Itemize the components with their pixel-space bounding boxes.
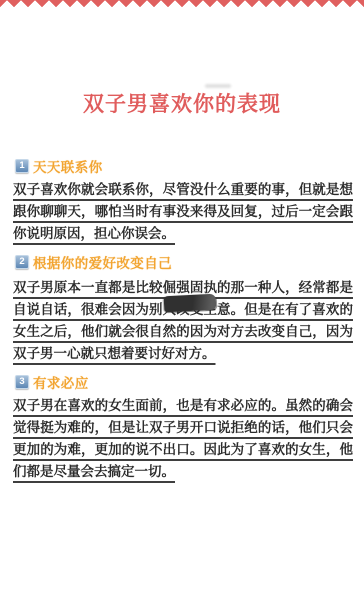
section-1-heading-label: 天天联系你 — [33, 156, 103, 176]
section-1-heading: 1 天天联系你 — [15, 158, 103, 173]
section-3-number-badge: 3 — [15, 375, 29, 389]
ink-scribble-redaction — [164, 294, 217, 313]
zigzag-top-border — [0, 0, 364, 10]
page-title: 双子男喜欢你的表现 — [0, 88, 364, 118]
section-1-body-text: 双子喜欢你就会联系你，尽管没什么重要的事，但就是想跟你聊聊天，哪怕当时有事没来得… — [13, 179, 353, 245]
section-3-heading-label: 有求必应 — [33, 372, 89, 392]
section-3-heading: 3 有求必应 — [15, 374, 89, 389]
section-2-number-badge: 2 — [15, 255, 29, 269]
section-3-body-text: 双子男在喜欢的女生面前，也是有求必应的。虽然的确会觉得挺为难的，但是让双子男开口… — [13, 395, 353, 483]
section-2-body-text: 双子男原本一直都是比较倔强固执的那一种人，经常都是自说自话，很难会因为别人改变主… — [13, 277, 353, 365]
section-2-heading-label: 根据你的爱好改变自己 — [33, 252, 172, 272]
section-2-heading: 2 根据你的爱好改变自己 — [15, 254, 172, 269]
note-card: 双子男喜欢你的表现 1 天天联系你 双子喜欢你就会联系你，尽管没什么重要的事，但… — [0, 0, 364, 600]
section-1-number-badge: 1 — [15, 159, 29, 173]
